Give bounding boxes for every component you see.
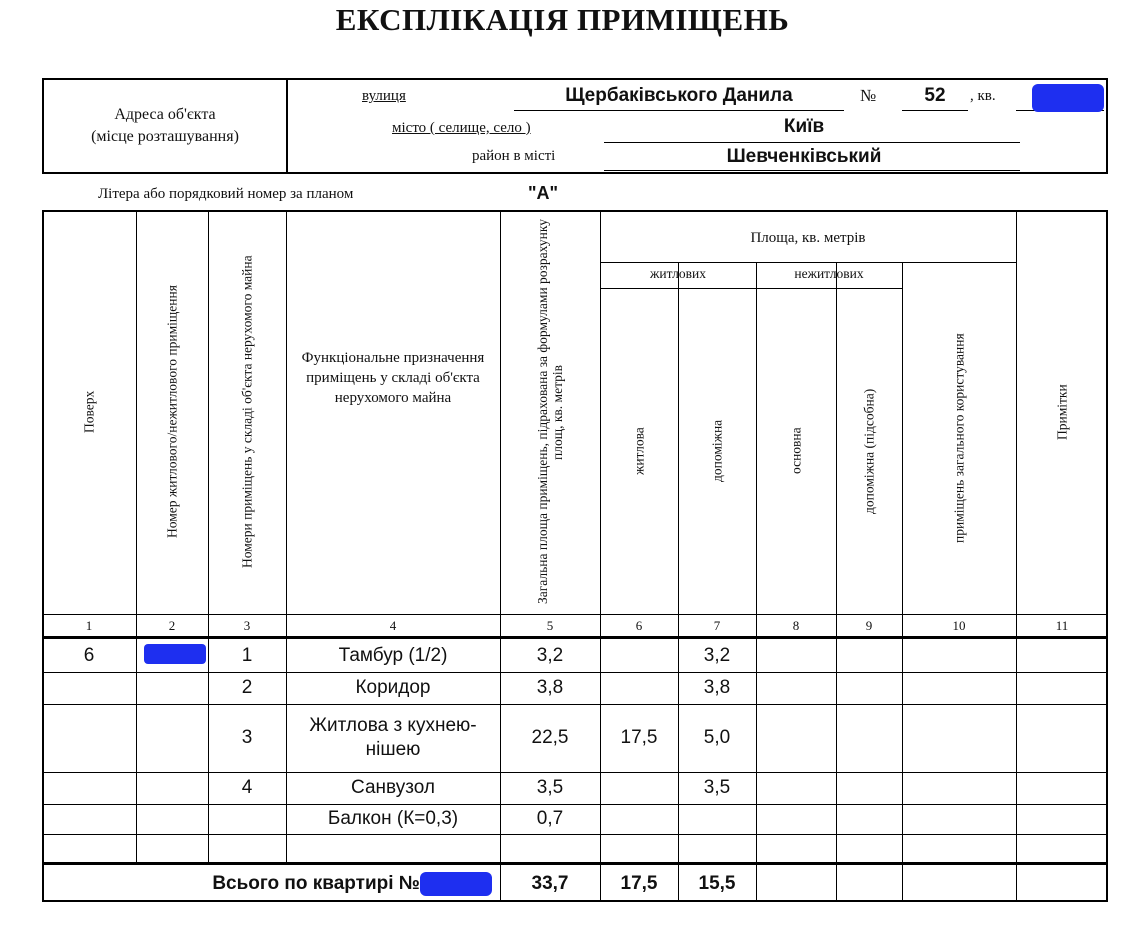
grid-line [836,262,837,862]
column-number: 10 [902,618,1016,634]
header-area-group: Площа, кв. метрів [600,228,1016,248]
grid-line [500,862,501,900]
column-number: 6 [600,618,678,634]
grid-line [42,900,1108,902]
city-label: місто ( селище, село ) [392,120,531,137]
district-underline [604,170,1020,171]
grid-line [42,210,1108,212]
grid-line [678,862,679,900]
city-underline [604,142,1020,143]
apartment-redaction [1032,84,1104,112]
address-label-line2: (місце розташування) [91,126,239,148]
number-value: 52 [902,85,968,107]
explication-table: Поверх Номер житлового/нежитлового примі… [42,210,1108,902]
header-main: основна [756,288,836,614]
cell-room: 4 [208,772,286,804]
number-label: № [860,86,876,106]
cell-total: 0,7 [500,804,600,834]
grid-line [836,862,837,900]
district-value: Шевченківський [604,146,1004,168]
grid-line [600,862,601,900]
grid-line [500,210,501,862]
column-number: 7 [678,618,756,634]
column-number: 5 [500,618,600,634]
cell-total: 22,5 [500,704,600,772]
address-label: Адреса об'єкта (місце розташування) [44,80,288,172]
grid-line [1016,210,1017,862]
grid-line [208,210,209,862]
grid-line [42,210,44,902]
grid-line [902,862,903,900]
header-auxiliary: допоміжна [678,288,756,614]
street-underline [514,110,844,111]
grid-line [42,862,1108,865]
column-number: 3 [208,618,286,634]
header-purpose: Функціональне призначення приміщень у ск… [298,348,488,408]
district-label: район в місті [472,148,555,165]
cell-purpose: Житлова з кухнею-нішею [286,704,500,772]
header-notes: Примітки [1016,210,1108,614]
cell-living: 17,5 [600,704,678,772]
grid-line [42,772,1108,773]
grid-line [756,262,757,862]
grid-line [756,862,757,900]
total-auxiliary: 15,5 [678,868,756,900]
grid-line [600,288,902,289]
grid-line [286,210,287,862]
total-apartment-redaction [420,872,492,896]
cell-aux: 3,5 [678,772,756,804]
header-common-use: приміщень загального користування [902,262,1016,614]
grid-line [678,262,679,862]
total-area: 33,7 [500,868,600,900]
address-block: Адреса об'єкта (місце розташування) вули… [42,78,1108,174]
grid-line [42,834,1108,835]
cell-floor: 6 [42,640,136,672]
cell-total: 3,8 [500,672,600,704]
cell-aux: 3,2 [678,640,756,672]
city-value: Київ [604,116,1004,138]
grid-line [42,804,1108,805]
header-total-area: Загальна площа приміщень, підрахована за… [500,210,600,614]
cell-total: 3,5 [500,772,600,804]
total-label: Всього по квартирі № [42,868,420,900]
cell-total: 3,2 [500,640,600,672]
header-subsidiary: допоміжна (підсобна) [836,288,902,614]
cell-aux: 5,0 [678,704,756,772]
grid-line [902,262,903,862]
header-nonresidential-group: нежитлових [756,264,902,284]
header-floor: Поверх [42,210,136,614]
cell-room: 2 [208,672,286,704]
column-number: 2 [136,618,208,634]
cell-room: 3 [208,704,286,772]
grid-line [42,614,1108,615]
column-number: 11 [1016,618,1108,634]
total-living: 17,5 [600,868,678,900]
cell-purpose: Санвузол [286,772,500,804]
cell-purpose: Балкон (К=0,3) [286,804,500,834]
cell-aux: 3,8 [678,672,756,704]
grid-line [136,210,137,862]
header-unit-number: Номер житлового/нежитлового приміщення [136,210,208,614]
city-label-text: місто ( селище, село ) [392,120,531,136]
cell-room: 1 [208,640,286,672]
document-title: ЕКСПЛІКАЦІЯ ПРИМІЩЕНЬ [0,2,1125,38]
grid-line [1106,210,1108,902]
unit-number-redaction [144,644,206,664]
grid-line [42,636,1108,639]
grid-line [600,262,1016,263]
grid-line [600,210,601,862]
street-value: Щербаківського Данила [514,85,844,107]
column-number: 9 [836,618,902,634]
cell-purpose: Коридор [286,672,500,704]
header-room-numbers: Номери приміщень у складі об'єкта нерухо… [208,210,286,614]
column-number: 8 [756,618,836,634]
grid-line [1016,862,1017,900]
address-label-line1: Адреса об'єкта [91,104,239,126]
litera-value: "А" [528,183,558,204]
number-underline [902,110,968,111]
grid-line [42,704,1108,705]
apartment-label: , кв. [970,88,996,105]
cell-purpose: Тамбур (1/2) [286,640,500,672]
column-number: 4 [286,618,500,634]
litera-label: Літера або порядковий номер за планом [98,186,353,203]
street-label: вулиця [362,88,406,105]
header-living: житлова [600,288,678,614]
column-number: 1 [42,618,136,634]
grid-line [42,672,1108,673]
